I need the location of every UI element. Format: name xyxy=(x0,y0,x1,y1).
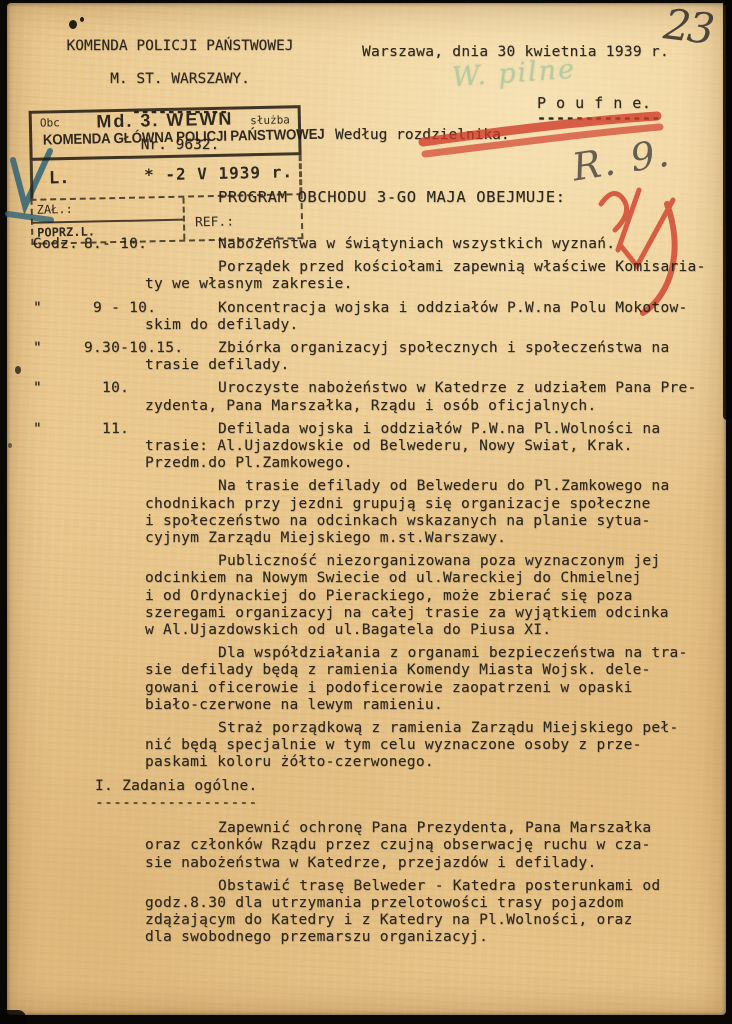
paragraph: Zapewnić ochronę Pana Prezydenta, Pana M… xyxy=(0,820,732,872)
time-range: 10. xyxy=(84,380,129,397)
paragraph-text: Dla współdziałania z organami bezpieczeń… xyxy=(145,645,732,714)
hour-column-label: " xyxy=(33,340,42,357)
scanned-document-page: KOMENDA POLICJI PAŃSTWOWEJ M. ST. WARSZA… xyxy=(0,0,732,1024)
time-range: 11. xyxy=(84,421,129,438)
paragraph-text: Koncentracja wojska i oddziałów P.W.na P… xyxy=(145,300,732,334)
paragraph-text: Porządek przed kościołami zapewnią właśc… xyxy=(145,259,732,293)
paragraph: Porządek przed kościołami zapewnią właśc… xyxy=(0,259,732,293)
paragraph: Dla współdziałania z organami bezpieczeń… xyxy=(0,645,732,714)
sender-org-line1: KOMENDA POLICJI PAŃSTWOWEJ xyxy=(67,38,294,54)
paragraph-text: Defilada wojska i oddziałów P.W.na Pl.Wo… xyxy=(145,421,732,473)
paragraph: Obstawić trasę Belweder - Katedra poster… xyxy=(0,878,732,947)
handwritten-page-number: 23 xyxy=(661,0,714,54)
schedule-item: " 11.Defilada wojska i oddziałów P.W.na … xyxy=(0,421,732,473)
stamp-left-cell: ZAŁ.: POPRZ.L. xyxy=(33,198,186,243)
paragraph-text: Uroczyste nabożeństwo w Katedrze z udzia… xyxy=(145,380,732,414)
registry-stamp: Obc Md. 3. WEWN służba KOMENDA GŁÓWNA PO… xyxy=(29,105,304,245)
hour-column-label: " xyxy=(33,380,42,397)
scan-edge-bottom-left xyxy=(0,1010,26,1024)
stamp-poprz-label: POPRZ.L. xyxy=(33,220,183,243)
time-range: 9 - 10. xyxy=(84,300,156,317)
stamp-received-date: * -2 V 1939 r. xyxy=(144,162,293,184)
document-title: PROGRAM OBCHODU 3-GO MAJA OBEJMUJE: xyxy=(218,188,566,206)
schedule-item: "9.30-10.15.Zbiórka organizacyj społeczn… xyxy=(0,340,732,374)
stamp-zal-label: ZAŁ.: xyxy=(33,198,183,224)
hour-column-label: " xyxy=(33,300,42,317)
paragraph-text: Publiczność niezorganizowana poza wyznac… xyxy=(145,553,732,639)
hour-column-label: " xyxy=(33,421,42,438)
schedule-item: " 9 - 10.Koncentracja wojska i oddziałów… xyxy=(0,300,732,334)
paragraph-text: Obstawić trasę Belweder - Katedra poster… xyxy=(145,878,732,947)
paragraph-text: Zapewnić ochronę Pana Prezydenta, Pana M… xyxy=(145,820,732,872)
paragraph: Publiczność niezorganizowana poza wyznac… xyxy=(0,553,732,639)
stamp-l-label: L. xyxy=(49,168,70,188)
paragraph: Straż porządkową z ramienia Zarządu Miej… xyxy=(0,720,732,772)
document-body: Godz.8.- 10.Nabożeństwa w świątyniach ws… xyxy=(0,236,732,953)
ink-blot-small xyxy=(80,17,84,22)
paragraph-text: Na trasie defilady od Belwederu do Pl.Za… xyxy=(145,478,732,547)
section-heading: I. Zadania ogólne. ------------------ xyxy=(95,778,732,812)
time-range: 9.30-10.15. xyxy=(84,340,183,357)
stamp-small-right-text: służba xyxy=(250,113,290,127)
stamp-header-box: Obc Md. 3. WEWN służba KOMENDA GŁÓWNA PO… xyxy=(29,105,302,161)
paragraph-text: Zbiórka organizacyj społecznych i społec… xyxy=(145,340,732,374)
paragraph: Na trasie defilady od Belwederu do Pl.Za… xyxy=(0,478,732,547)
sender-org-line2: M. ST. WARSZAWY. xyxy=(110,71,250,87)
ink-blot xyxy=(69,20,77,29)
schedule-item: " 10.Uroczyste nabożeństwo w Katedrze z … xyxy=(0,380,732,414)
paragraph-text: Straż porządkową z ramienia Zarządu Miej… xyxy=(145,720,732,772)
